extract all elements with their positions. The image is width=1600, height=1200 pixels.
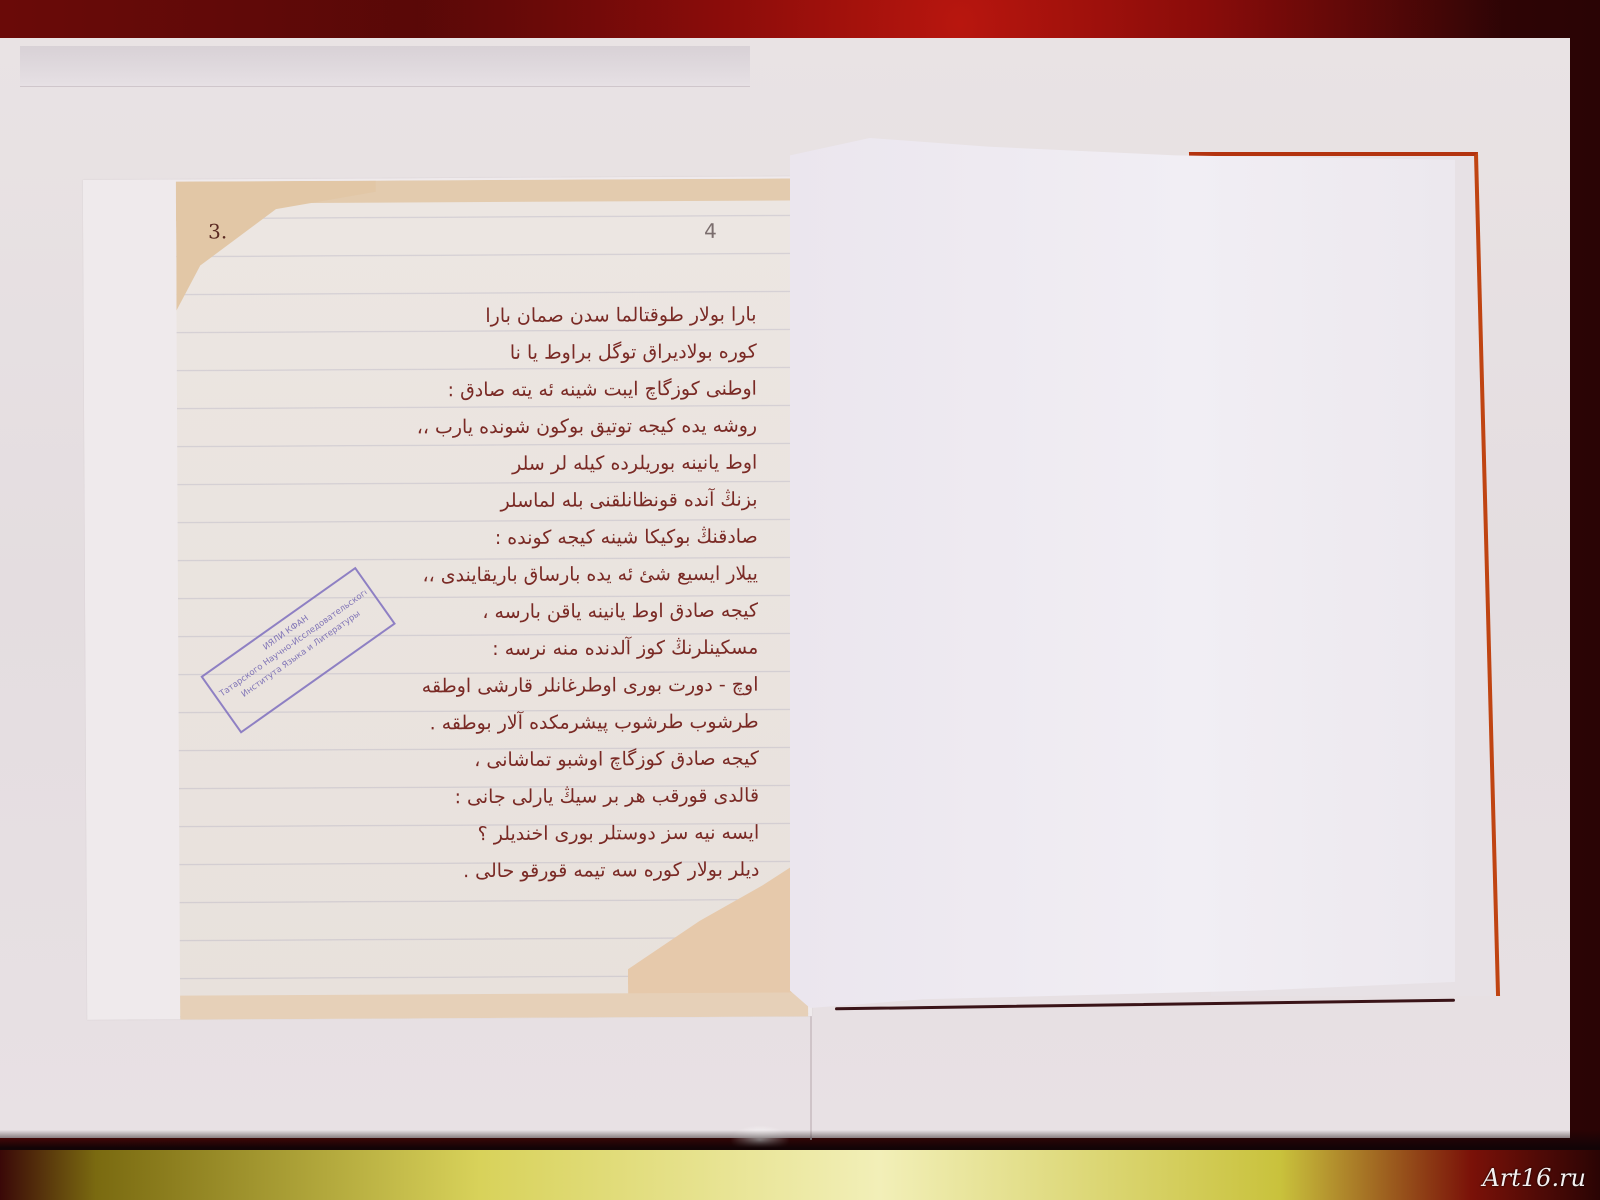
blank-facing-page xyxy=(790,138,1455,1008)
text-line: بارا بولار طوقتالما سدن صمان بارا xyxy=(176,297,756,337)
text-line: اوط یانینه بوریلرده کیله لر سلر xyxy=(177,445,757,485)
text-line: کیجه صادق اوط یانینه یاقن بارسه ، xyxy=(178,593,758,633)
text-line: ییلار ایسیع شئ ئه یده بارساق باریقایندی … xyxy=(178,556,758,596)
text-line: ایسه نیه سز دوستلر بوری اخندیلر ؟ xyxy=(179,815,759,855)
text-line: اوطنی کوزگاچ ایبت شینه ئه یته صادق : xyxy=(177,371,757,411)
text-line: روشه یده کیجه توتیق بوکون شونده یارب ،، xyxy=(177,408,757,448)
page-number: 3. xyxy=(208,219,227,243)
text-line: کیجه صادق کوزگاچ اوشبو تماشانی ، xyxy=(179,741,759,781)
folder-crease xyxy=(810,1000,812,1140)
text-line: بزنڭ آنده قونظانلقنی بله لماسلر xyxy=(177,482,757,522)
folder-top-flap xyxy=(20,46,750,87)
handwritten-text-block: بارا بولار طوقتالما سدن صمان بارا کوره ب… xyxy=(176,297,759,892)
text-line: کوره بولادیراق توگل براوط یا نا xyxy=(177,334,757,374)
display-case-base xyxy=(0,1150,1600,1200)
text-line: قالدی قورقب هر بر سیڭ یارلی جانی : xyxy=(179,778,759,818)
watermark: Art16.ru xyxy=(1482,1164,1586,1192)
text-line: دیلر بولار کوره سه تیمه قورقو حالی . xyxy=(179,852,759,892)
manuscript-page: 3. 4 بارا بولار طوقتالما سدن صمان بارا ک… xyxy=(176,178,808,1019)
text-line: صادقنڭ بوکیکا شینه کیجه کونده : xyxy=(178,519,758,559)
pencil-mark: 4 xyxy=(704,219,717,243)
aged-paper-edge-bottom xyxy=(180,992,808,1019)
